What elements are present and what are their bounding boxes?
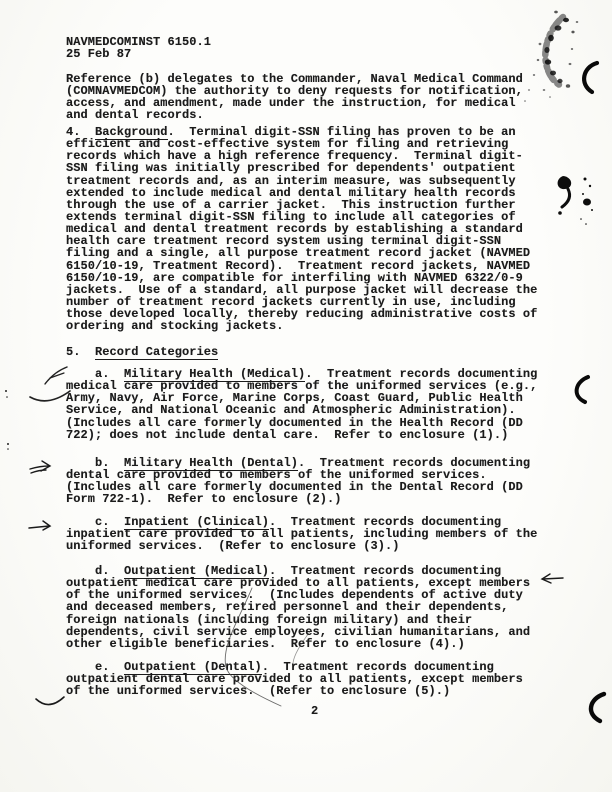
- arrow-left-of-para-5c: [29, 521, 50, 530]
- para-4-background: 4. Background. Terminal digit-SSN filing…: [66, 126, 537, 332]
- heading-5-record-categories: 5. Record Categories: [66, 346, 218, 358]
- crescent-mark-bottom-right: [591, 694, 604, 721]
- crescent-mark-middle-right: [577, 377, 588, 402]
- crescent-mark-top-right: [584, 63, 597, 92]
- arrow-left-of-para-5b: [30, 461, 50, 473]
- para-5c-inpatient-clinical: c. Inpatient (Clinical). Treatment recor…: [66, 516, 537, 552]
- handwritten-scribble-left-of-para-5a: [5, 367, 70, 450]
- para-5d-outpatient-medical: d. Outpatient (Medical). Treatment recor…: [66, 565, 530, 650]
- page-number: 2: [311, 704, 318, 718]
- para-reference: Reference (b) delegates to the Commander…: [66, 73, 523, 122]
- ink-smudge-top-right: [524, 11, 578, 102]
- scanned-page: NAVMEDCOMINST 6150.125 Feb 87Reference (…: [0, 0, 612, 792]
- para-5a-military-health-medical: a. Military Health (Medical). Treatment …: [66, 368, 537, 441]
- arrow-right-of-para-5d: [542, 574, 563, 583]
- para-5e-outpatient-dental: e. Outpatient (Dental). Treatment record…: [66, 661, 523, 697]
- ink-blot-cluster-right: [558, 176, 593, 225]
- curve-mark-left-of-para-5e: [36, 697, 64, 705]
- letterhead: NAVMEDCOMINST 6150.125 Feb 87: [66, 36, 211, 60]
- para-5b-military-health-dental: b. Military Health (Dental). Treatment r…: [66, 457, 530, 506]
